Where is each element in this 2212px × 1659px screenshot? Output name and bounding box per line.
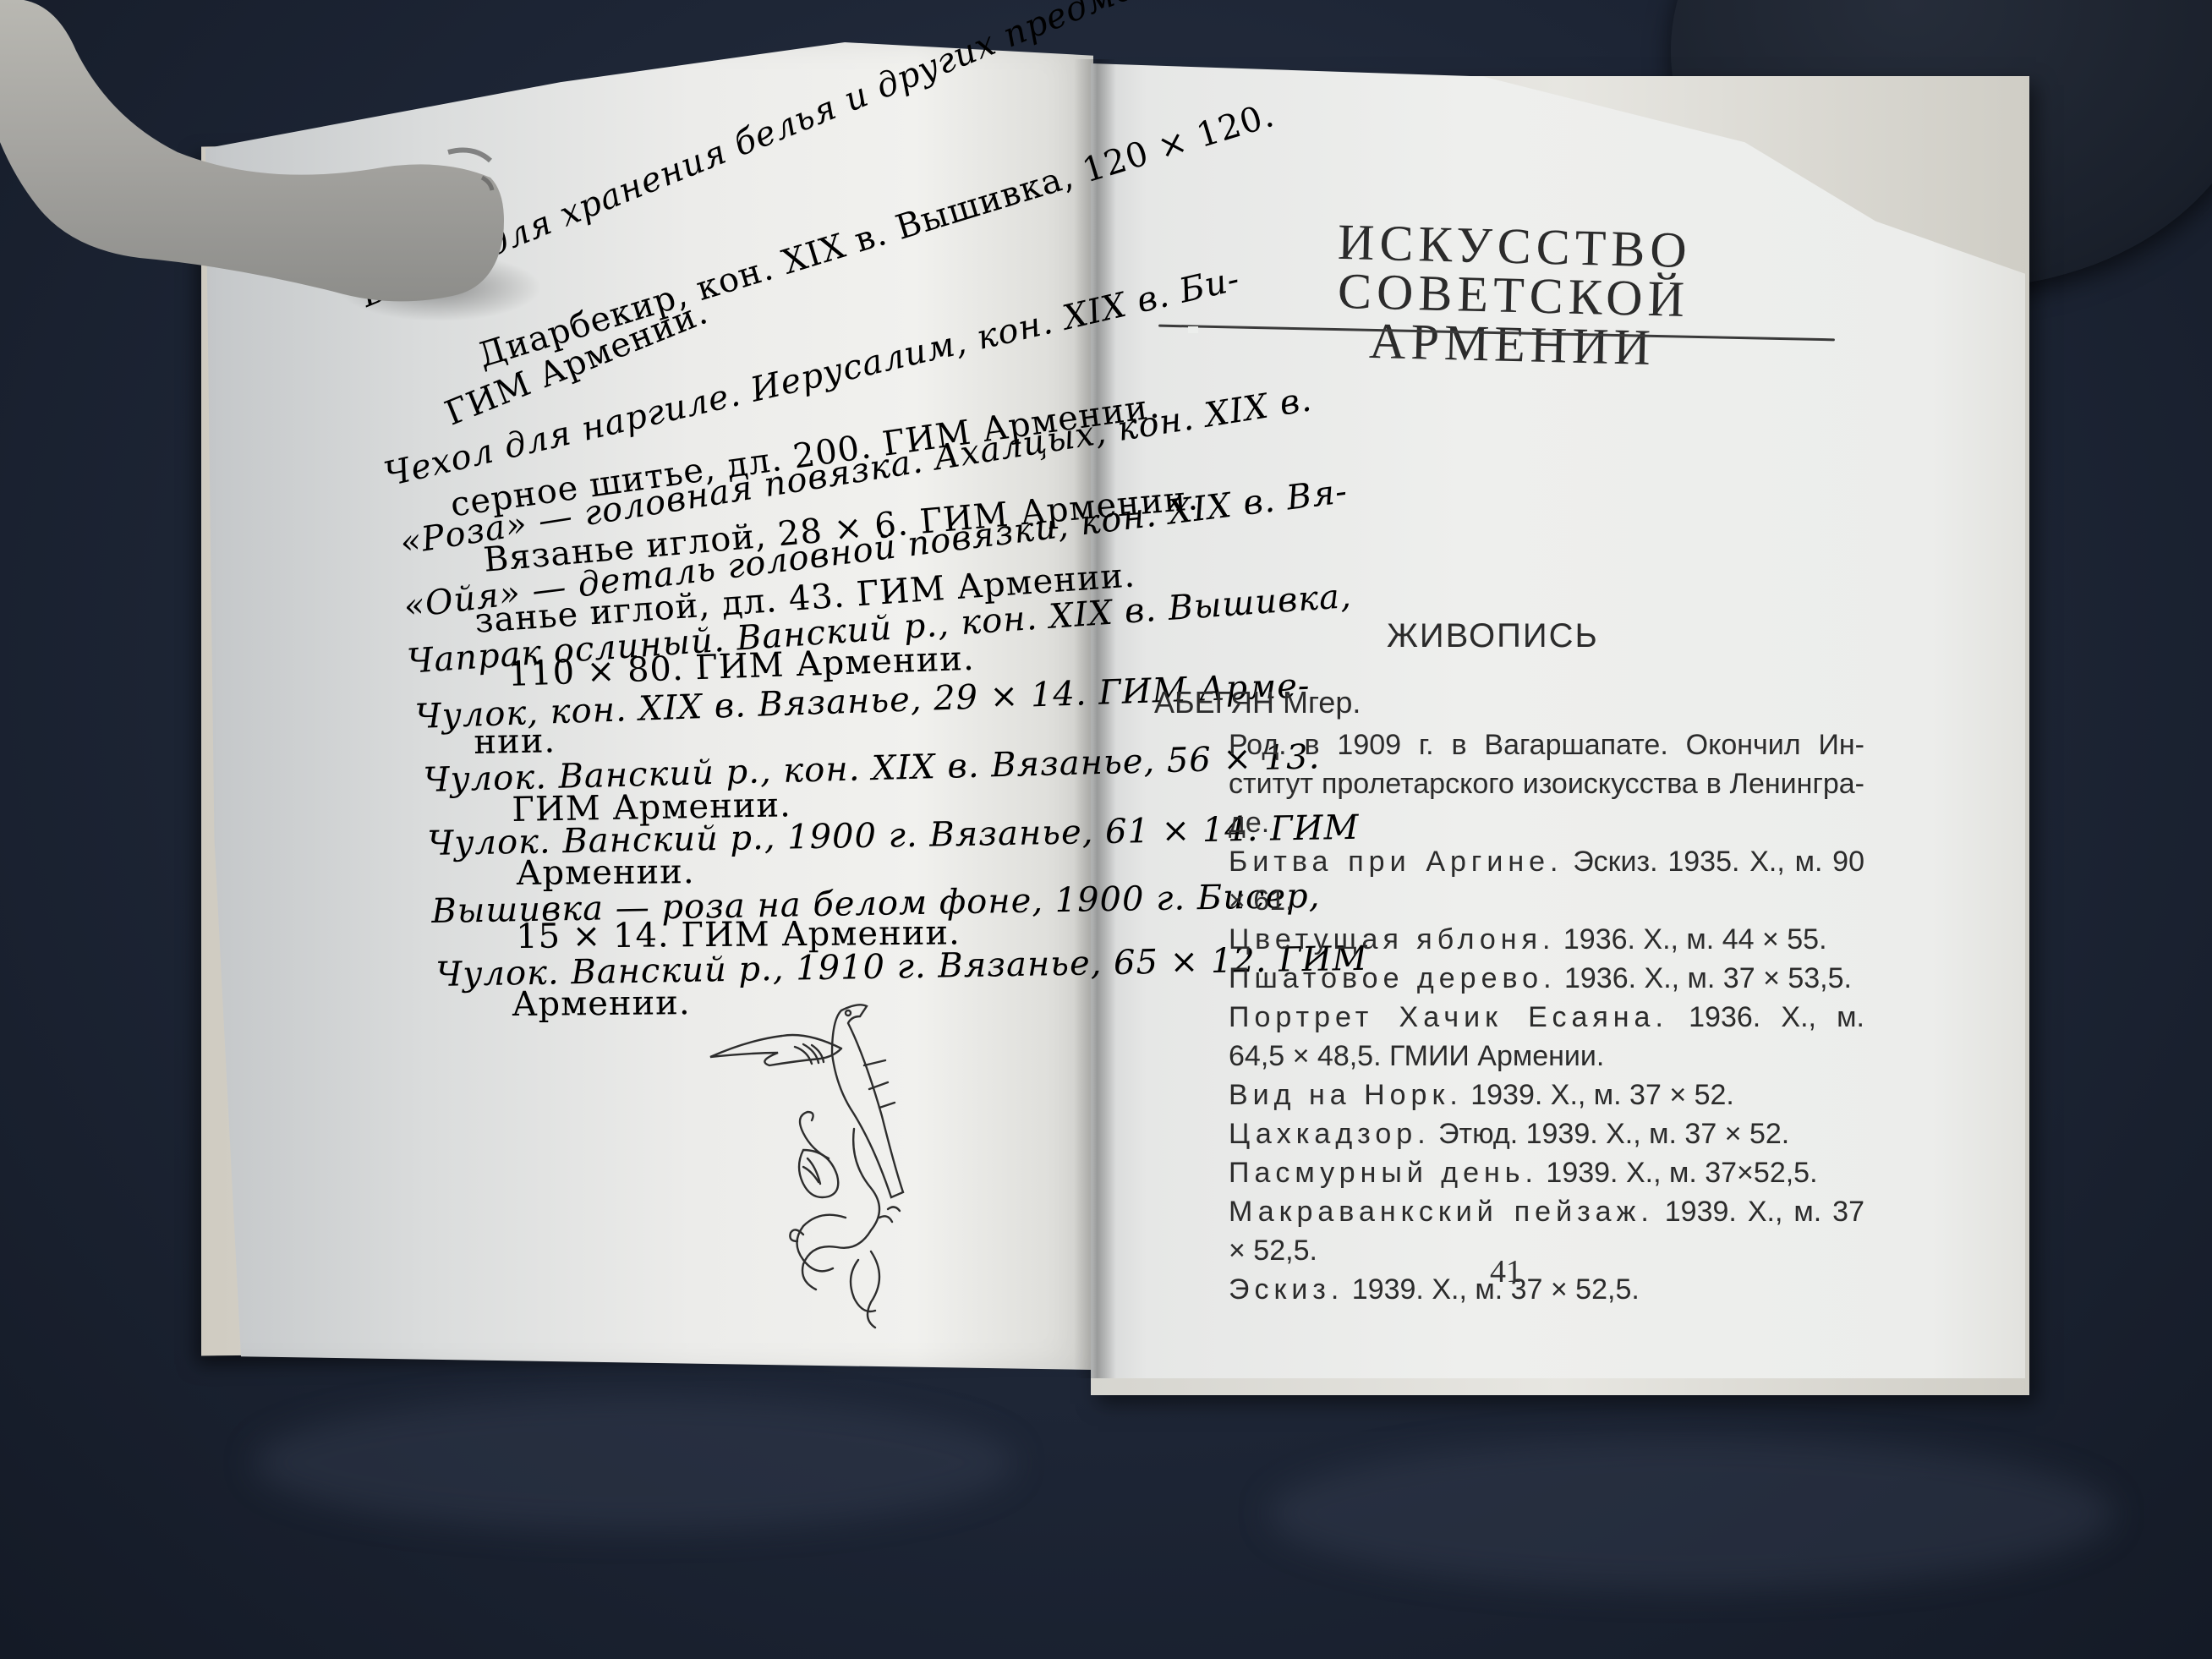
artist-bio: Род. в 1909 г. в Вагаршапате. Окончил Ин… bbox=[1229, 725, 1864, 842]
catalogue-entries: АБЕГЯН Мгер. Род. в 1909 г. в Вагаршапат… bbox=[1154, 685, 1864, 1309]
page-number: 41 bbox=[1490, 1253, 1522, 1290]
artwork-entry: Пшатовое дерево. 1936. Х., м. 37 × 53,5. bbox=[1229, 959, 1864, 998]
artwork-entry: Пасмурный день. 1939. Х., м. 37×52,5. bbox=[1229, 1153, 1864, 1192]
text-line: Армении. bbox=[516, 852, 695, 893]
artwork-entry: Цветущая яблоня. 1936. Х., м. 44 × 55. bbox=[1229, 920, 1864, 959]
artwork-entry: Эскиз. 1939. Х., м. 37 × 52,5. bbox=[1229, 1270, 1864, 1309]
open-book: Бахча (для хранения белья и других предм… bbox=[0, 0, 2212, 1659]
text-line: Армении. bbox=[512, 983, 691, 1024]
heading-rule-gap bbox=[1188, 326, 1198, 333]
figurine-paw bbox=[0, 0, 558, 338]
artwork-entry: Портрет Хачик Есаяна. 1936. Х., м. 64,5 … bbox=[1229, 998, 1864, 1076]
artist-surname: АБЕГЯН bbox=[1154, 685, 1274, 720]
page-heading: ИСКУССТВО СОВЕТСКОЙ АРМЕНИИ bbox=[1165, 213, 1862, 377]
section-heading: ЖИВОПИСЬ bbox=[1387, 617, 1599, 655]
text-line: нии. bbox=[474, 721, 556, 762]
bird-ornament-illustration bbox=[676, 981, 930, 1344]
artist-name: АБЕГЯН Мгер. bbox=[1154, 685, 1864, 720]
artist-given-name: Мгер. bbox=[1283, 685, 1361, 720]
artwork-entry: Вид на Норк. 1939. Х., м. 37 × 52. bbox=[1229, 1076, 1864, 1114]
artwork-entry: Макраванкский пейзаж. 1939. Х., м. 37 × … bbox=[1229, 1192, 1864, 1270]
heading-line-1: ИСКУССТВО СОВЕТСКОЙ bbox=[1166, 213, 1862, 328]
artwork-entry: Цахкадзор. Этюд. 1939. Х., м. 37 × 52. bbox=[1229, 1114, 1864, 1153]
artwork-entry: Битва при Аргине. Эскиз. 1935. Х., м. 90… bbox=[1229, 842, 1864, 920]
book-gutter bbox=[1074, 59, 1116, 1378]
